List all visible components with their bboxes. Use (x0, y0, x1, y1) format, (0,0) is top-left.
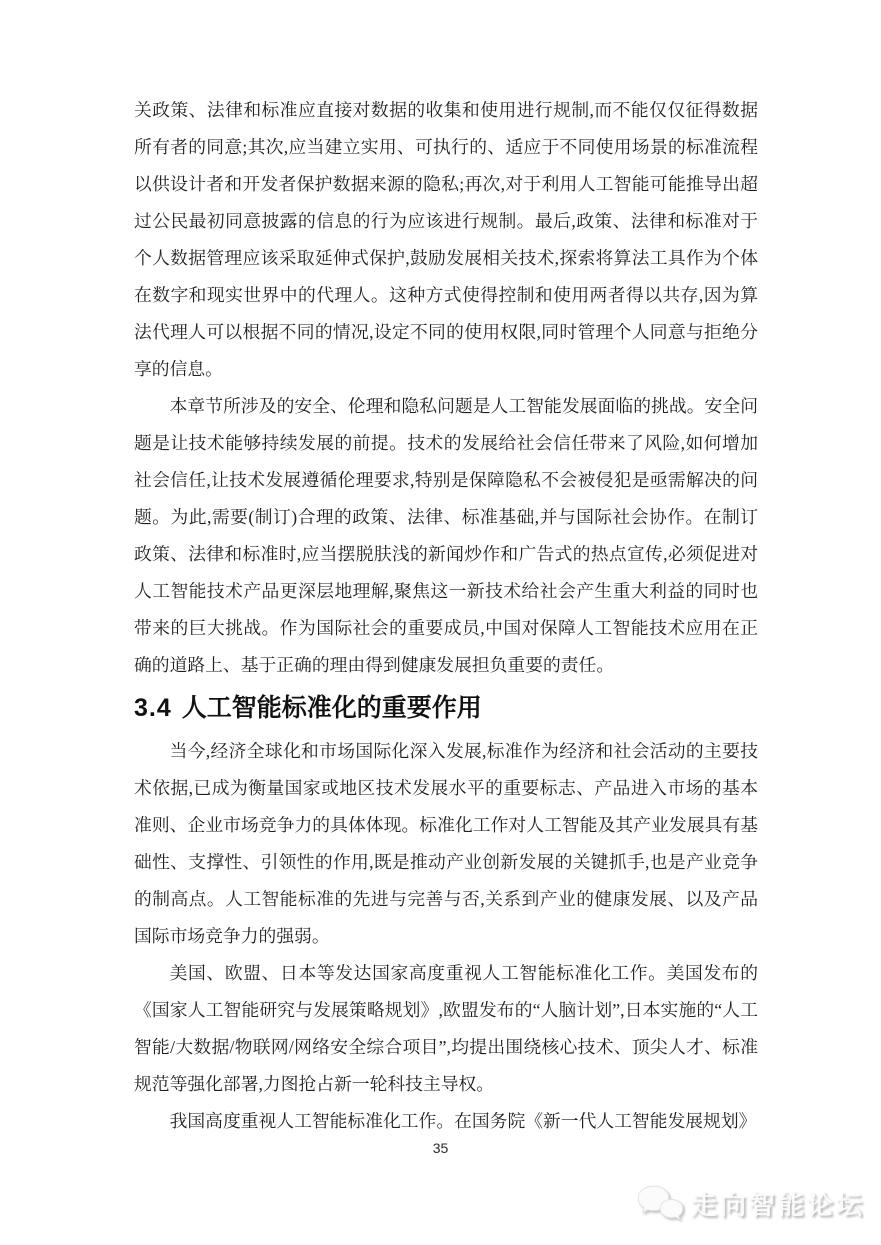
body-paragraph: 我国高度重视人工智能标准化工作。在国务院《新一代人工智能发展规划》 (134, 1103, 758, 1140)
body-paragraph: 当今,经济全球化和市场国际化深入发展,标准作为经济和社会活动的主要技术依据,已成… (134, 733, 758, 955)
section-title: 人工智能标准化的重要作用 (182, 694, 482, 722)
watermark: 走向智能论坛 (637, 1184, 865, 1222)
page-content: 关政策、法律和标准应直接对数据的收集和使用进行规制,而不能仅仅征得数据所有者的同… (134, 92, 758, 1140)
body-paragraph: 关政策、法律和标准应直接对数据的收集和使用进行规制,而不能仅仅征得数据所有者的同… (134, 92, 758, 388)
wechat-chat-bubbles-icon (637, 1184, 683, 1222)
section-number: 3.4 (134, 694, 172, 722)
body-paragraph: 美国、欧盟、日本等发达国家高度重视人工智能标准化工作。美国发布的《国家人工智能研… (134, 955, 758, 1103)
section-heading: 3.4人工智能标准化的重要作用 (134, 691, 758, 725)
document-page: 关政策、法律和标准应直接对数据的收集和使用进行规制,而不能仅仅征得数据所有者的同… (0, 0, 881, 1245)
watermark-label: 走向智能论坛 (691, 1185, 865, 1222)
body-paragraph: 本章节所涉及的安全、伦理和隐私问题是人工智能发展面临的挑战。安全问题是让技术能够… (134, 388, 758, 684)
page-number: 35 (0, 1140, 881, 1156)
